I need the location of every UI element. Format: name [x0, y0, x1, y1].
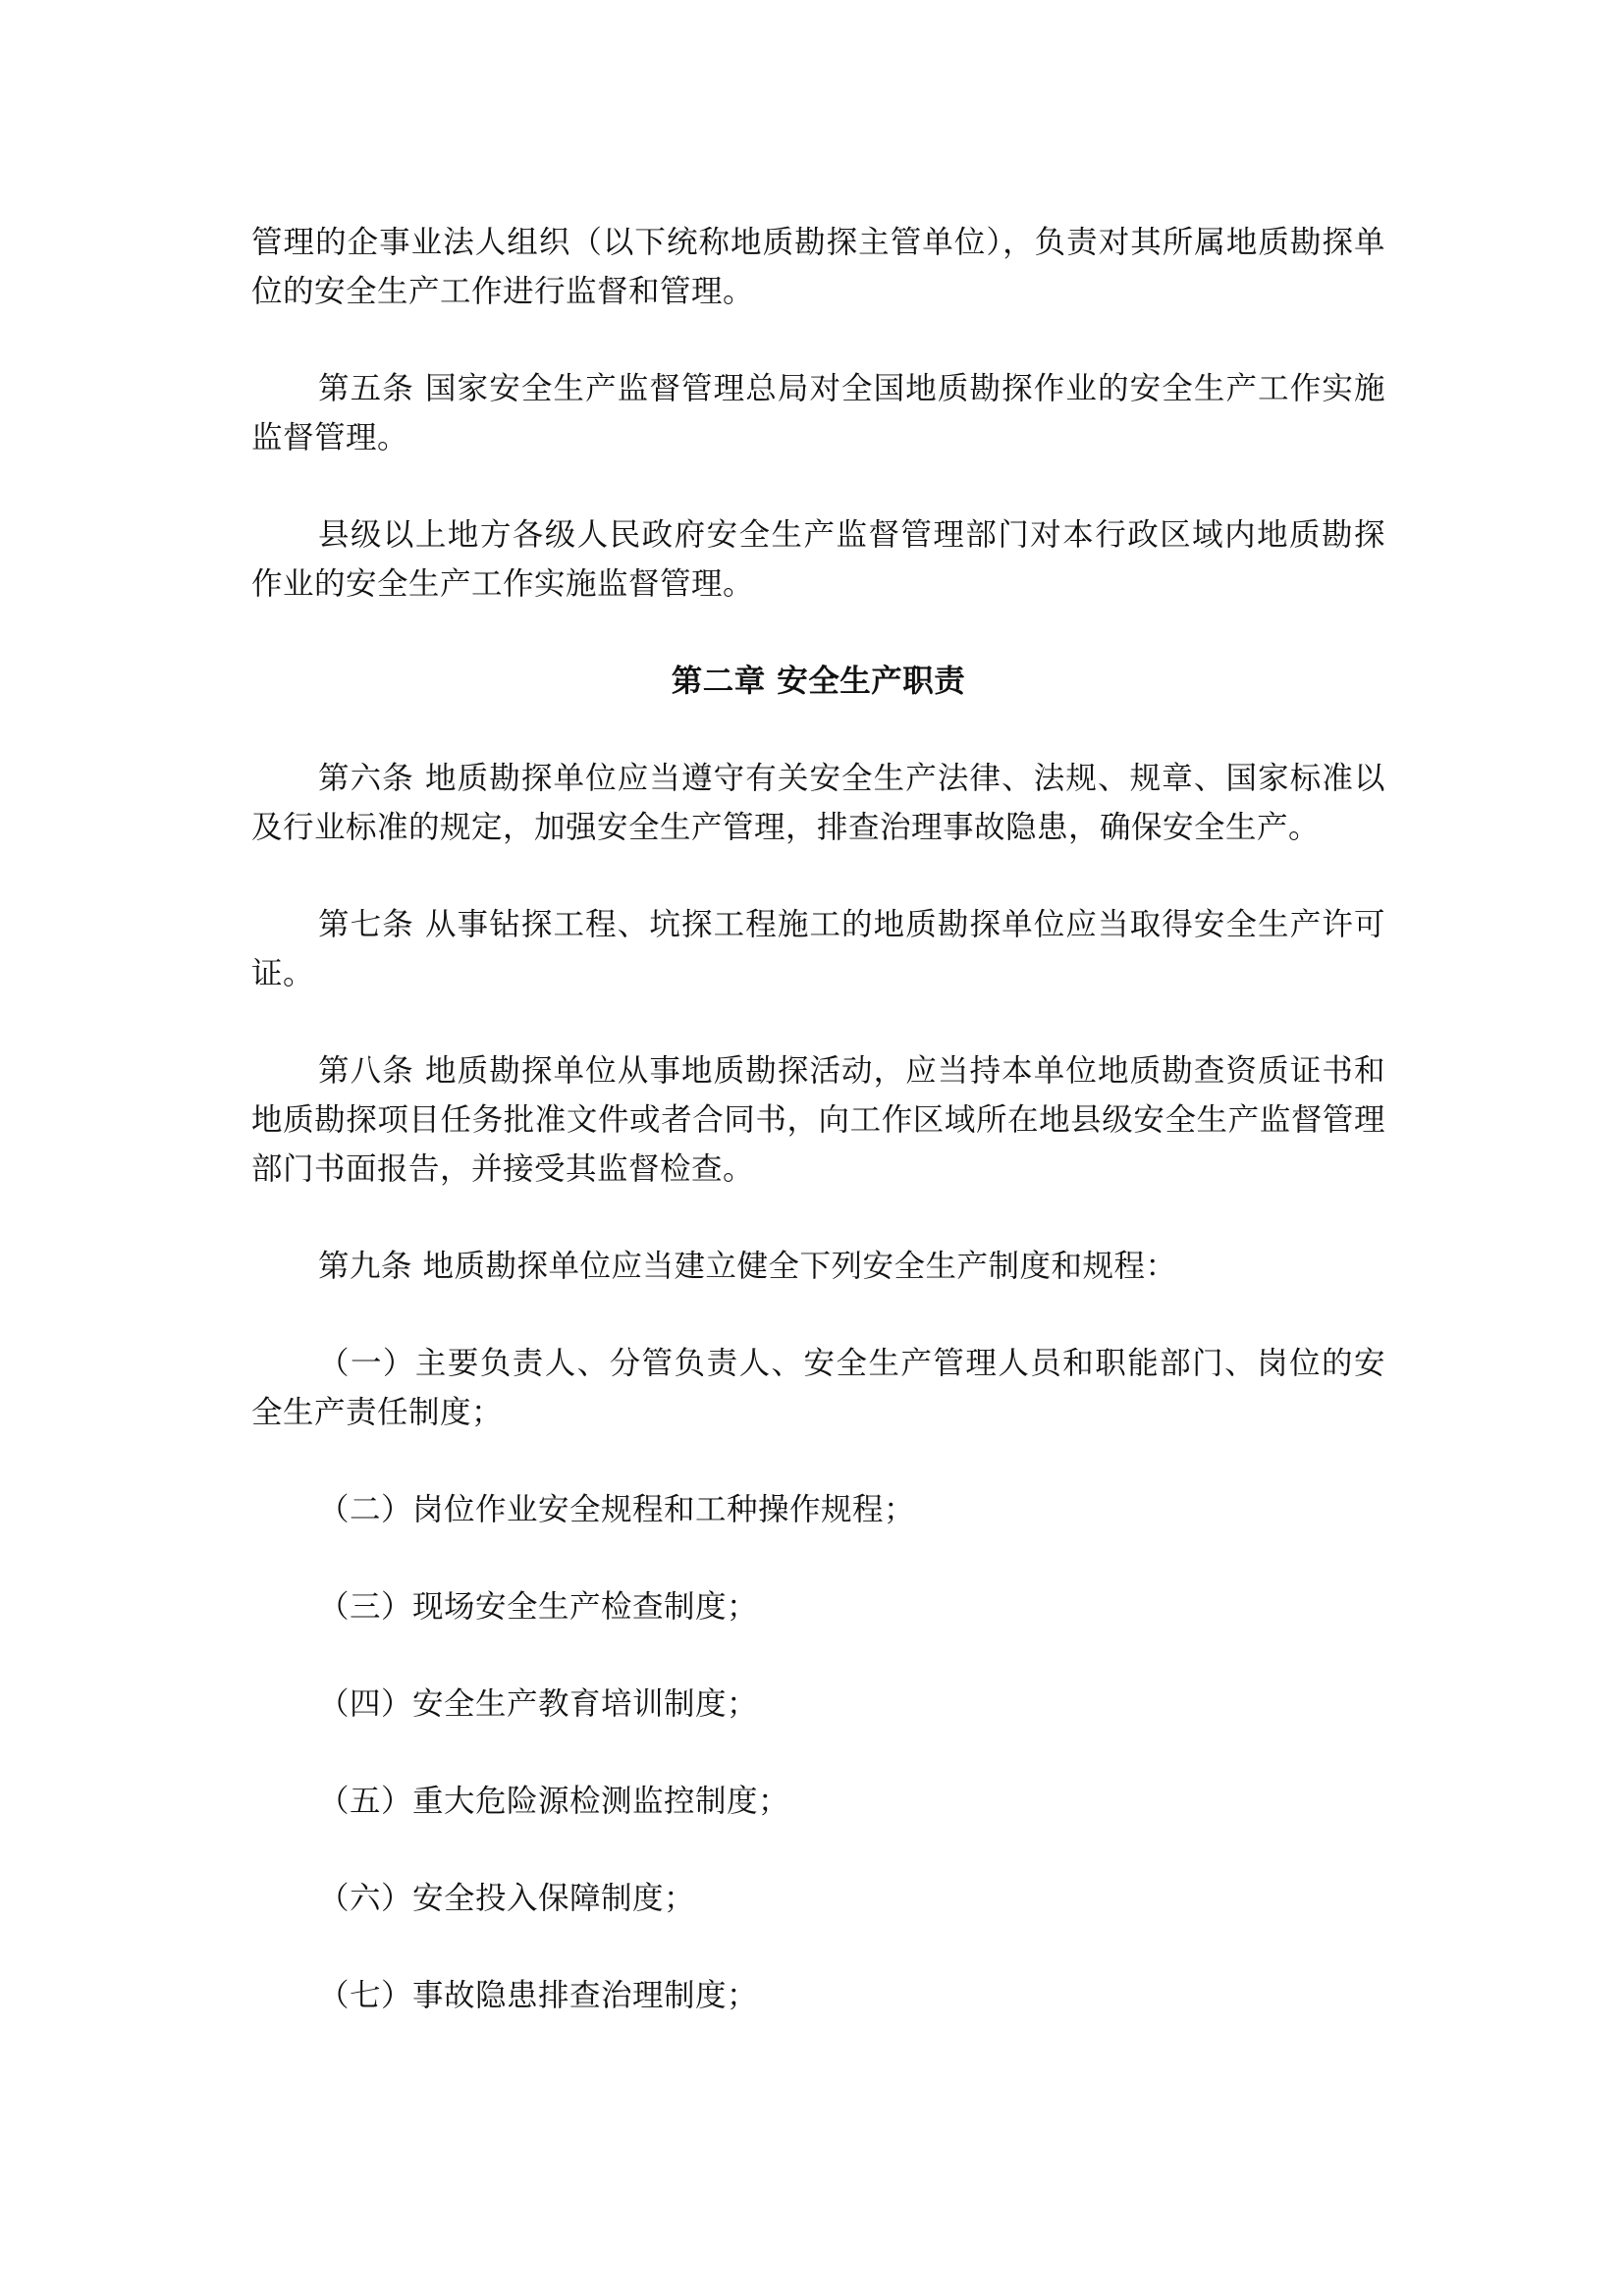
list-item-3: （三）现场安全生产检查制度；	[251, 1582, 1385, 1631]
article-8: 第八条 地质勘探单位从事地质勘探活动，应当持本单位地质勘查资质证书和地质勘探项目…	[251, 1046, 1385, 1194]
article-7: 第七条 从事钻探工程、坑探工程施工的地质勘探单位应当取得安全生产许可证。	[251, 900, 1385, 998]
article-9: 第九条 地质勘探单位应当建立健全下列安全生产制度和规程：	[251, 1242, 1385, 1291]
list-item-2: （二）岗位作业安全规程和工种操作规程；	[251, 1485, 1385, 1534]
document-page: 管理的企事业法人组织（以下统称地质勘探主管单位），负责对其所属地质勘探单位的安全…	[251, 218, 1385, 2068]
article-6: 第六条 地质勘探单位应当遵守有关安全生产法律、法规、规章、国家标准以及行业标准的…	[251, 754, 1385, 852]
article-5-paragraph-2: 县级以上地方各级人民政府安全生产监督管理部门对本行政区域内地质勘探作业的安全生产…	[251, 510, 1385, 609]
chapter-heading: 第二章 安全生产职责	[251, 657, 1385, 706]
list-item-1: （一）主要负责人、分管负责人、安全生产管理人员和职能部门、岗位的安全生产责任制度…	[251, 1339, 1385, 1437]
list-item-5: （五）重大危险源检测监控制度；	[251, 1777, 1385, 1826]
list-item-7: （七）事故隐患排查治理制度；	[251, 1971, 1385, 2020]
paragraph-continuation: 管理的企事业法人组织（以下统称地质勘探主管单位），负责对其所属地质勘探单位的安全…	[251, 218, 1385, 316]
list-item-4: （四）安全生产教育培训制度；	[251, 1680, 1385, 1729]
article-5: 第五条 国家安全生产监督管理总局对全国地质勘探作业的安全生产工作实施监督管理。	[251, 364, 1385, 462]
list-item-6: （六）安全投入保障制度；	[251, 1874, 1385, 1923]
